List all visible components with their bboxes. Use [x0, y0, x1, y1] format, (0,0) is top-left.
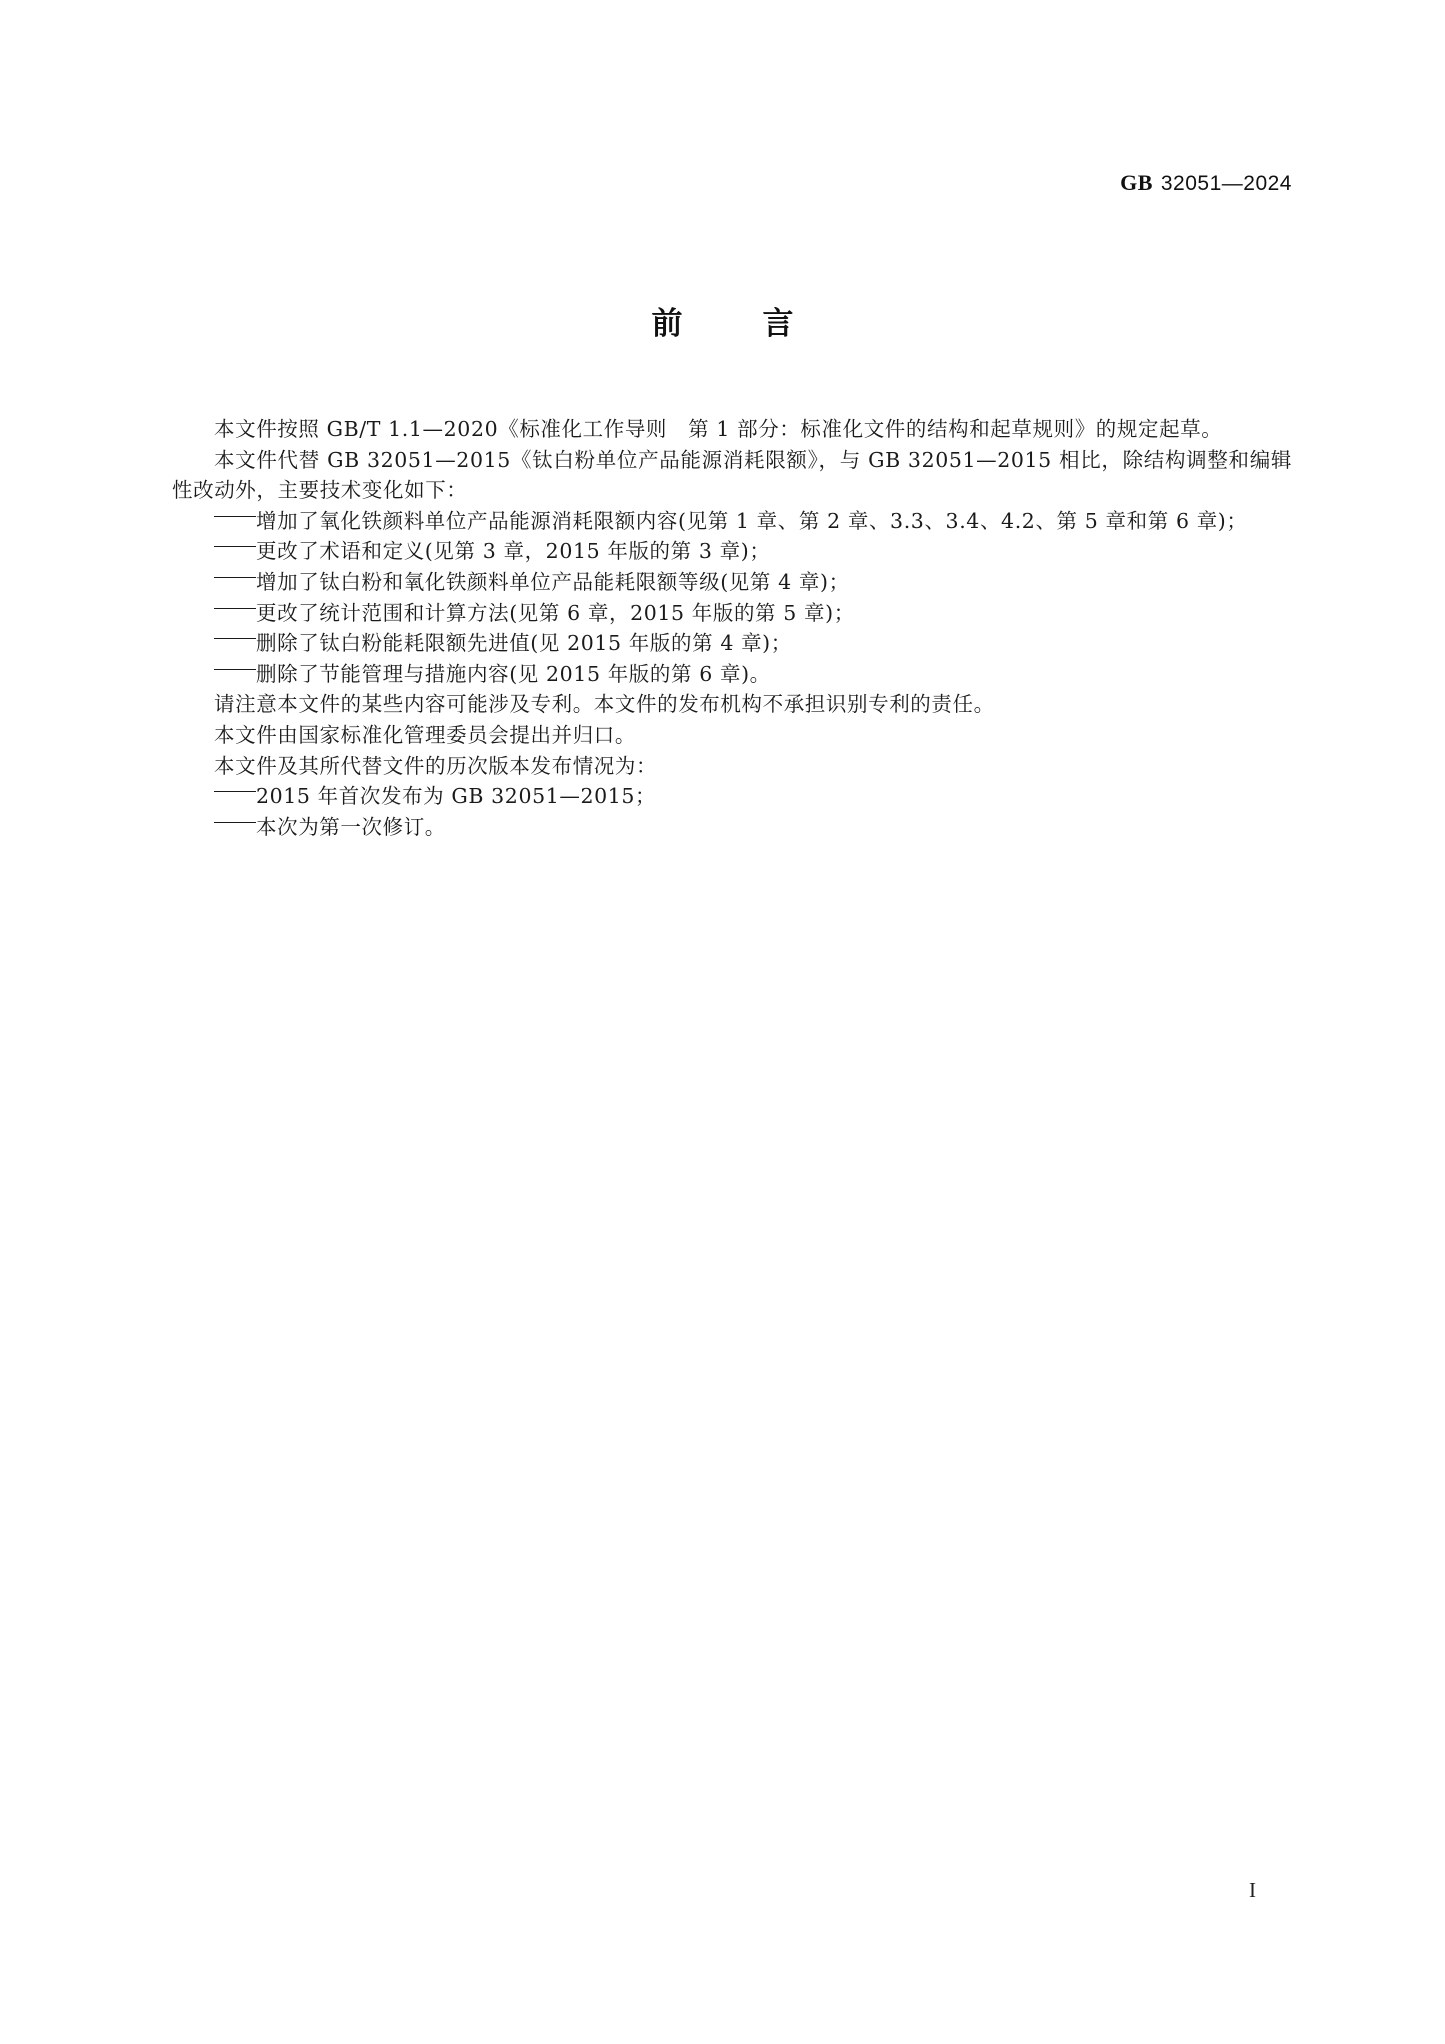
list-item: 增加了钛白粉和氧化铁颜料单位产品能耗限额等级(见第 4 章)；: [172, 567, 1292, 598]
page-number: I: [1249, 1878, 1256, 1903]
title-char-1: 前: [652, 298, 683, 343]
list-item-text: 本次为第一次修订。: [256, 815, 446, 839]
list-item-text: 更改了统计范围和计算方法(见第 6 章，2015 年版的第 5 章)；: [256, 601, 855, 625]
list-item: 删除了钛白粉能耗限额先进值(见 2015 年版的第 4 章)；: [172, 628, 1292, 659]
version-history-list: 2015 年首次发布为 GB 32051—2015； 本次为第一次修订。: [172, 781, 1292, 842]
em-dash-bullet: [214, 552, 256, 553]
history-intro-paragraph: 本文件及其所代替文件的历次版本发布情况为：: [172, 751, 1292, 782]
standard-prefix: GB: [1120, 170, 1153, 195]
technical-changes-list: 增加了氧化铁颜料单位产品能源消耗限额内容(见第 1 章、第 2 章、3.3、3.…: [172, 506, 1292, 690]
patent-notice-paragraph: 请注意本文件的某些内容可能涉及专利。本文件的发布机构不承担识别专利的责任。: [172, 689, 1292, 720]
standard-number: 32051—2024: [1161, 172, 1292, 195]
list-item: 更改了统计范围和计算方法(见第 6 章，2015 年版的第 5 章)；: [172, 598, 1292, 629]
list-item: 更改了术语和定义(见第 3 章，2015 年版的第 3 章)；: [172, 536, 1292, 567]
list-item: 本次为第一次修订。: [172, 812, 1292, 843]
replacement-paragraph: 本文件代替 GB 32051—2015《钛白粉单位产品能源消耗限额》，与 GB …: [172, 445, 1292, 506]
em-dash-bullet: [214, 522, 256, 523]
document-code-header: GB32051—2024: [1120, 170, 1292, 196]
document-page: GB32051—2024 前言 本文件按照 GB/T 1.1—2020《标准化工…: [0, 0, 1445, 2044]
em-dash-bullet: [214, 644, 256, 645]
em-dash-bullet: [214, 797, 256, 798]
drafting-rule-paragraph: 本文件按照 GB/T 1.1—2020《标准化工作导则 第 1 部分：标准化文件…: [172, 414, 1292, 445]
list-item-text: 更改了术语和定义(见第 3 章，2015 年版的第 3 章)；: [256, 539, 770, 563]
list-item-text: 增加了氧化铁颜料单位产品能源消耗限额内容(见第 1 章、第 2 章、3.3、3.…: [256, 509, 1248, 533]
list-item-text: 2015 年首次发布为 GB 32051—2015；: [256, 784, 656, 808]
page-title: 前言: [0, 298, 1445, 343]
list-item: 删除了节能管理与措施内容(见 2015 年版的第 6 章)。: [172, 659, 1292, 690]
list-item-text: 删除了钛白粉能耗限额先进值(见 2015 年版的第 4 章)；: [256, 631, 792, 655]
list-item-text: 删除了节能管理与措施内容(见 2015 年版的第 6 章)。: [256, 662, 771, 686]
em-dash-bullet: [214, 614, 256, 615]
list-item-text: 增加了钛白粉和氧化铁颜料单位产品能耗限额等级(见第 4 章)；: [256, 570, 850, 594]
proposer-paragraph: 本文件由国家标准化管理委员会提出并归口。: [172, 720, 1292, 751]
em-dash-bullet: [214, 828, 256, 829]
list-item: 增加了氧化铁颜料单位产品能源消耗限额内容(见第 1 章、第 2 章、3.3、3.…: [172, 506, 1292, 537]
foreword-body: 本文件按照 GB/T 1.1—2020《标准化工作导则 第 1 部分：标准化文件…: [172, 414, 1292, 842]
em-dash-bullet: [214, 675, 256, 676]
title-char-2: 言: [763, 298, 794, 343]
em-dash-bullet: [214, 583, 256, 584]
list-item: 2015 年首次发布为 GB 32051—2015；: [172, 781, 1292, 812]
